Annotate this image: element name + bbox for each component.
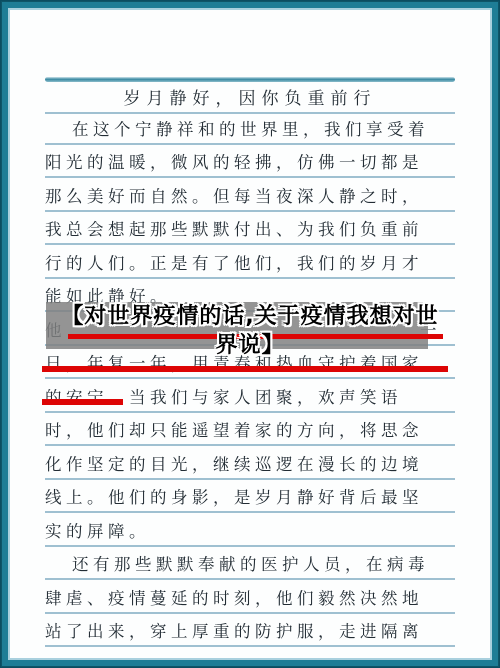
handwriting-row: 站了出来，穿上厚重的防护服，走进隔离 bbox=[45, 614, 455, 648]
caption-underline-short bbox=[42, 399, 123, 405]
row-text: 那么美好而自然。但每当夜深人静之时， bbox=[45, 183, 423, 207]
row-text: 实的屏障。 bbox=[45, 518, 150, 542]
row-text: 我总会想起那些默默付出、为我们负重前 bbox=[45, 216, 423, 240]
row-text: 在这个宁静祥和的世界里，我们享受着 bbox=[72, 116, 429, 140]
handwriting-row: 我总会想起那些默默付出、为我们负重前 bbox=[45, 212, 455, 246]
row-text: 线上。他们的身影，是岁月静好背后最坚 bbox=[45, 484, 423, 508]
row-text: 化作坚定的目光，继续巡逻在漫长的边境 bbox=[45, 451, 423, 475]
row-text: 站了出来，穿上厚重的防护服，走进隔离 bbox=[45, 618, 423, 642]
handwriting-row: 的安宁。当我们与家人团聚，欢声笑语 bbox=[45, 379, 455, 413]
handwriting-row: 在这个宁静祥和的世界里，我们享受着 bbox=[45, 111, 455, 145]
caption-line-2: 界说】 bbox=[0, 331, 500, 360]
handwriting-row: 化作坚定的目光，继续巡逻在漫长的边境 bbox=[45, 446, 455, 480]
handwriting-row: 还有那些默默奉献的医护人员，在病毒 bbox=[45, 547, 455, 581]
caption-line-1: 【对世界疫情的话,关于疫情我想对世 bbox=[0, 302, 500, 331]
row-text: 还有那些默默奉献的医护人员，在病毒 bbox=[72, 551, 429, 575]
handwriting-row: 那么美好而自然。但每当夜深人静之时， bbox=[45, 178, 455, 212]
handwriting-row: 肆虐、疫情蔓延的时刻，他们毅然决然地 bbox=[45, 580, 455, 614]
handwriting-row: 实的屏障。 bbox=[45, 513, 455, 547]
article-header-image: 岁月静好，因你负重前行 在这个宁静祥和的世界里，我们享受着阳光的温暖，微风的轻拂… bbox=[0, 0, 500, 668]
handwriting-rows: 在这个宁静祥和的世界里，我们享受着阳光的温暖，微风的轻拂，仿佛一切都是那么美好而… bbox=[45, 111, 455, 647]
page-title: 岁月静好，因你负重前行 bbox=[45, 82, 455, 114]
handwriting-row: 阳光的温暖，微风的轻拂，仿佛一切都是 bbox=[45, 145, 455, 179]
handwriting-row: 线上。他们的身影，是岁月静好背后最坚 bbox=[45, 480, 455, 514]
handwriting-row: 行的人们。正是有了他们，我们的岁月才 bbox=[45, 245, 455, 279]
caption-overlay: 【对世界疫情的话,关于疫情我想对世 界说】 bbox=[0, 302, 500, 360]
row-text: 肆虐、疫情蔓延的时刻，他们毅然决然地 bbox=[45, 585, 423, 609]
caption-underline-middle bbox=[42, 366, 448, 372]
row-text: 行的人们。正是有了他们，我们的岁月才 bbox=[45, 250, 423, 274]
handwriting-row: 时，他们却只能遥望着家的方向，将思念 bbox=[45, 413, 455, 447]
row-text: 时，他们却只能遥望着家的方向，将思念 bbox=[45, 417, 423, 441]
row-text: 阳光的温暖，微风的轻拂，仿佛一切都是 bbox=[45, 149, 423, 173]
